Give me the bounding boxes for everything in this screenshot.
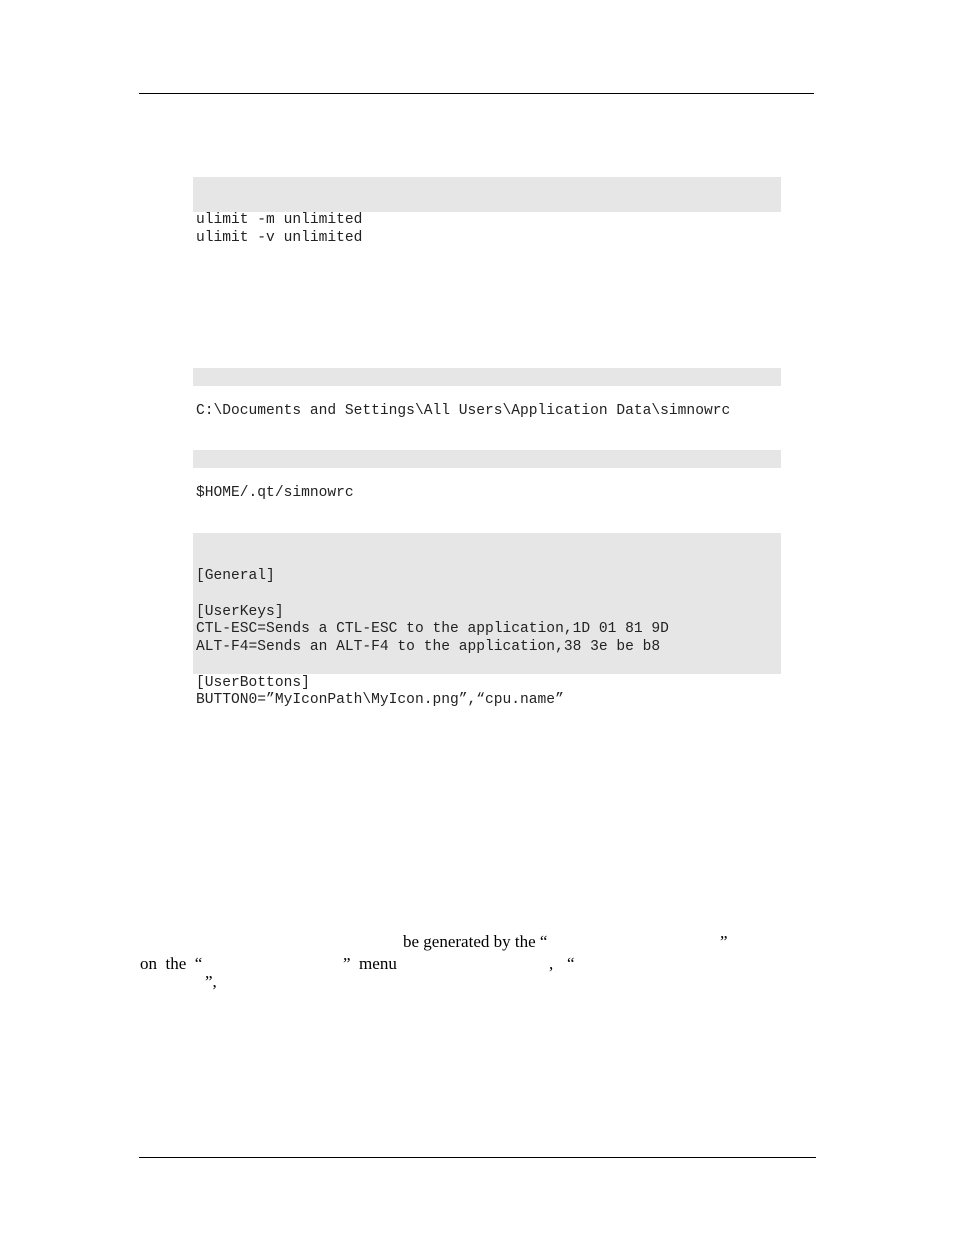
- paragraph-fragment: ,: [549, 954, 553, 974]
- code-line: [General]: [196, 568, 781, 586]
- code-line: ALT-F4=Sends an ALT-F4 to the applicatio…: [196, 639, 781, 657]
- paragraph-fragment: on the “: [140, 954, 202, 974]
- code-block-linux-path: $HOME/.qt/simnowrc: [193, 450, 781, 468]
- code-line: C:\Documents and Settings\All Users\Appl…: [196, 403, 781, 421]
- code-line: CTL-ESC=Sends a CTL-ESC to the applicati…: [196, 621, 781, 639]
- code-block-config-file: [General][UserKeys]CTL-ESC=Sends a CTL-E…: [193, 533, 781, 674]
- header-rule: [139, 93, 814, 94]
- code-line: $HOME/.qt/simnowrc: [196, 485, 781, 503]
- code-line: [196, 586, 781, 604]
- code-line: [UserBottons]: [196, 675, 781, 693]
- code-line: [UserKeys]: [196, 604, 781, 622]
- code-line: BUTTON0=”MyIconPath\MyIcon.png”,“cpu.nam…: [196, 692, 781, 710]
- paragraph-fragment: be generated by the “: [403, 932, 547, 952]
- paragraph-fragment: ”: [720, 932, 728, 952]
- paragraph-fragment: “: [567, 954, 575, 974]
- code-line: ulimit -m unlimited: [196, 212, 781, 230]
- code-block-windows-path: C:\Documents and Settings\All Users\Appl…: [193, 368, 781, 386]
- code-block-ulimit: ulimit -m unlimitedulimit -v unlimited: [193, 177, 781, 212]
- footer-rule: [139, 1157, 816, 1158]
- code-line: [196, 657, 781, 675]
- paragraph-fragment: ” menu: [343, 954, 397, 974]
- code-line: ulimit -v unlimited: [196, 230, 781, 248]
- paragraph-fragment: ”,: [205, 972, 217, 992]
